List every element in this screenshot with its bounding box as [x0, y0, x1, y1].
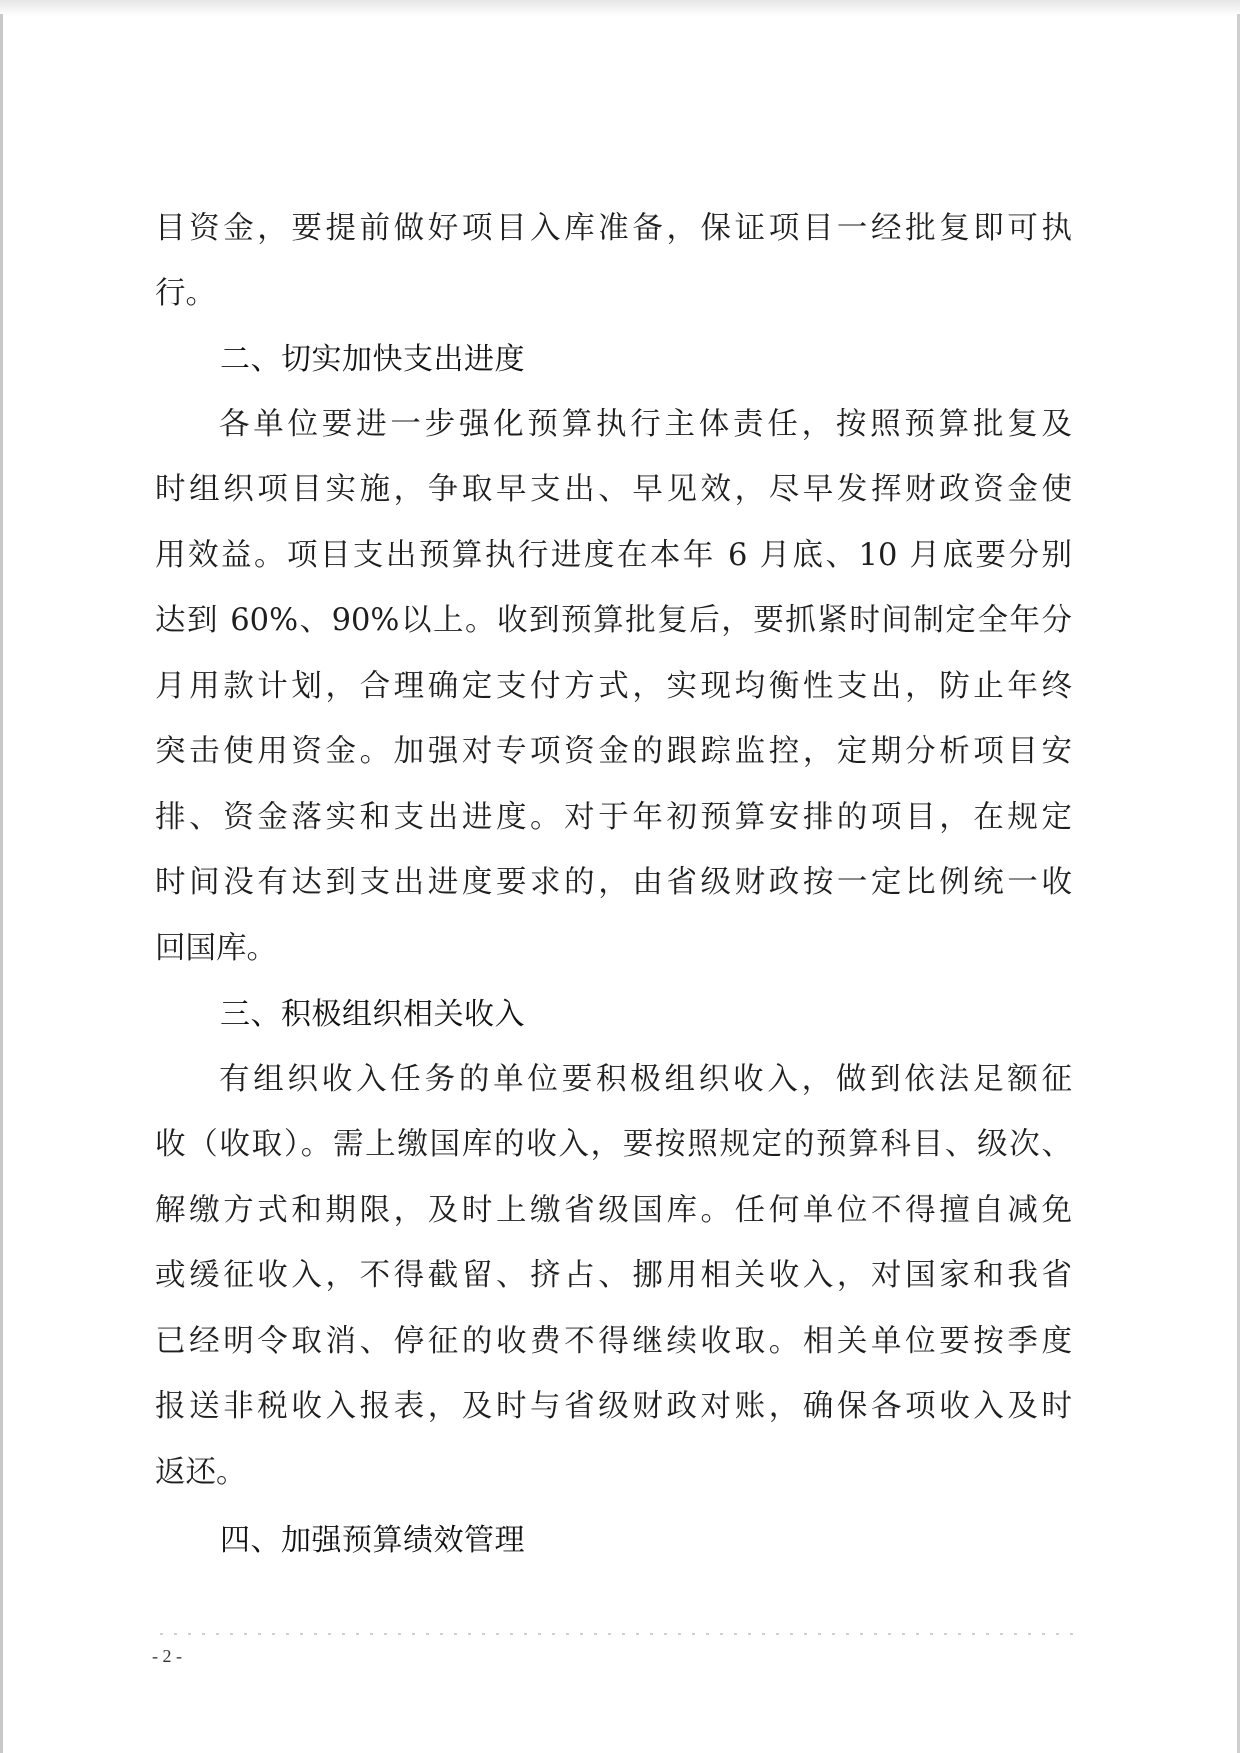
body-line: 时间没有达到支出进度要求的，由省级财政按一定比例统一收 — [155, 863, 1072, 903]
scan-noise-line — [160, 1633, 1075, 1635]
body-line: 已经明令取消、停征的收费不得继续收取。相关单位要按季度 — [155, 1322, 1072, 1362]
body-line: 报送非税收入报表，及时与省级财政对账，确保各项收入及时 — [155, 1387, 1072, 1427]
body-line: 返还。 — [155, 1453, 1072, 1493]
section-heading-4: 四、加强预算绩效管理 — [220, 1520, 525, 1562]
body-line: 收（收取）。需上缴国库的收入，要按照规定的预算科目、级次、 — [155, 1125, 1072, 1165]
body-line: 有组织收入任务的单位要积极组织收入，做到依法足额征 — [219, 1060, 1072, 1100]
body-line: 时组织项目实施，争取早支出、早见效，尽早发挥财政资金使 — [155, 470, 1072, 510]
body-line: 或缓征收入，不得截留、挤占、挪用相关收入，对国家和我省 — [155, 1256, 1072, 1296]
body-line: 用效益。项目支出预算执行进度在本年 6 月底、10 月底要分别 — [155, 536, 1072, 576]
page-number: - 2 - — [152, 1645, 182, 1667]
section-heading-3: 三、积极组织相关收入 — [220, 994, 525, 1036]
body-line: 回国库。 — [155, 929, 1072, 969]
body-line: 月用款计划，合理确定支付方式，实现均衡性支出，防止年终 — [155, 667, 1072, 707]
body-line: 目资金，要提前做好项目入库准备，保证项目一经批复即可执 — [155, 209, 1072, 249]
body-line: 行。 — [155, 274, 1072, 314]
body-line: 突击使用资金。加强对专项资金的跟踪监控，定期分析项目安 — [155, 732, 1072, 772]
document-page: 目资金，要提前做好项目入库准备，保证项目一经批复即可执 行。 二、切实加快支出进… — [0, 0, 1240, 1753]
body-line: 各单位要进一步强化预算执行主体责任，按照预算批复及 — [219, 405, 1072, 445]
body-line: 解缴方式和期限，及时上缴省级国库。任何单位不得擅自减免 — [155, 1191, 1072, 1231]
section-heading-2: 二、切实加快支出进度 — [220, 339, 525, 381]
body-line: 达到 60%、90%以上。收到预算批复后，要抓紧时间制定全年分 — [155, 601, 1072, 641]
body-line: 排、资金落实和支出进度。对于年初预算安排的项目，在规定 — [155, 798, 1072, 838]
